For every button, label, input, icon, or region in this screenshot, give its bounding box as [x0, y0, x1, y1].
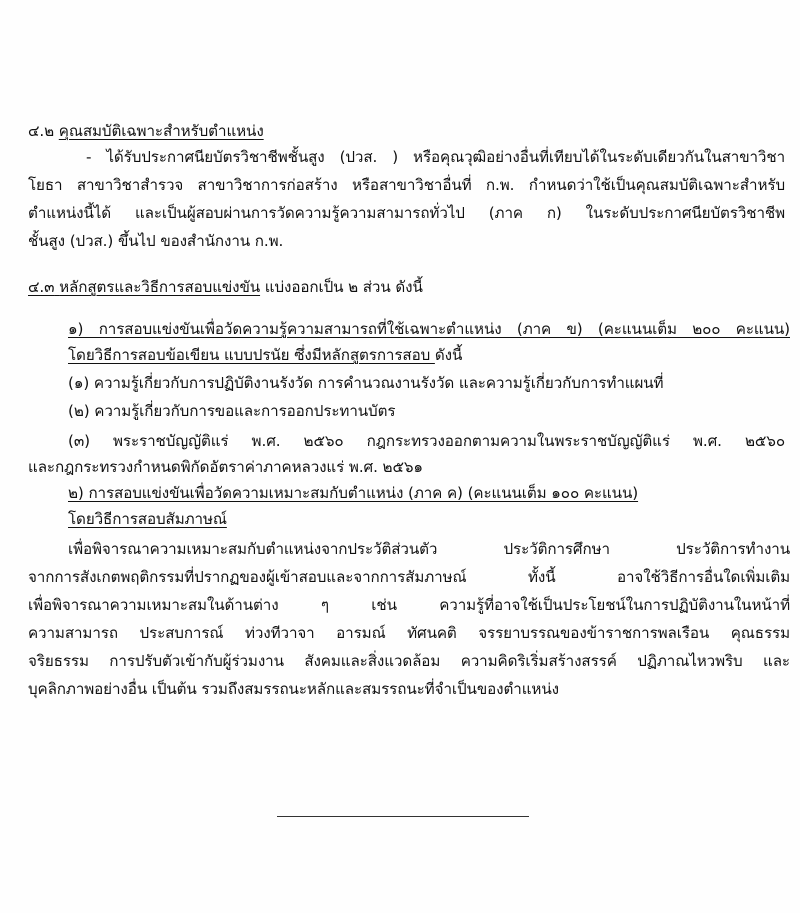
section-title: คุณสมบัติเฉพาะสำหรับตำแหน่ง: [59, 122, 264, 140]
exam-item-1: (๑) ความรู้เกี่ยวกับการปฏิบัติงานรังวัด …: [68, 370, 663, 396]
part-2-method: โดยวิธีการสอบสัมภาษณ์: [68, 506, 227, 532]
section-number: ๔.๓: [28, 278, 54, 296]
paragraph-line: ความสามารถ ประสบการณ์ ท่วงทีวาจา อารมณ์ …: [28, 620, 790, 646]
paragraph-line: เพื่อพิจารณาความเหมาะสมกับตำแหน่งจากประว…: [68, 536, 790, 562]
part-1-method-text: โดยวิธีการสอบข้อเขียน แบบปรนัย ซึ่งมีหลั…: [68, 346, 435, 364]
part-2-title: ๒) การสอบแข่งขันเพื่อวัดความเหมาะสมกับตำ…: [68, 480, 638, 506]
section-4-2-heading: ๔.๒ คุณสมบัติเฉพาะสำหรับตำแหน่ง: [28, 118, 264, 144]
paragraph-line: - ได้รับประกาศนียบัตรวิชาชีพชั้นสูง (ปวส…: [86, 144, 785, 170]
section-number: ๔.๒: [28, 122, 54, 140]
exam-item-3-continuation: และกฎกระทรวงกำหนดพิกัดอัตราค่าภาคหลวงแร่…: [28, 454, 423, 480]
section-title: หลักสูตรและวิธีการสอบแข่งขัน: [59, 278, 260, 296]
part-1-method: โดยวิธีการสอบข้อเขียน แบบปรนัย ซึ่งมีหลั…: [68, 342, 462, 368]
paragraph-line: จากการสังเกตพฤติกรรมที่ปรากฏของผู้เข้าสอ…: [28, 564, 790, 590]
paragraph-line: จริยธรรม การปรับตัวเข้ากับผู้ร่วมงาน สัง…: [28, 648, 790, 674]
part-1-method-suffix: ดังนี้: [435, 346, 462, 364]
paragraph-line: ชั้นสูง (ปวส.) ขึ้นไป ของสำนักงาน ก.พ.: [28, 228, 283, 254]
end-divider: [277, 816, 529, 817]
section-4-3-heading: ๔.๓ หลักสูตรและวิธีการสอบแข่งขัน แบ่งออก…: [28, 274, 423, 300]
paragraph-line: โยธา สาขาวิชาสำรวจ สาขาวิชาการก่อสร้าง ห…: [28, 172, 785, 198]
paragraph-line: ตำแหน่งนี้ได้ และเป็นผู้สอบผ่านการวัดควา…: [28, 200, 785, 226]
part-1-title: ๑) การสอบแข่งขันเพื่อวัดความรู้ความสามาร…: [68, 316, 790, 342]
section-title-suffix: แบ่งออกเป็น ๒ ส่วน ดังนี้: [260, 278, 423, 296]
paragraph-line: บุคลิกภาพอย่างอื่น เป็นต้น รวมถึงสมรรถนะ…: [28, 676, 559, 702]
document-page: ๔.๒ คุณสมบัติเฉพาะสำหรับตำแหน่ง - ได้รับ…: [0, 0, 800, 913]
exam-item-2: (๒) ความรู้เกี่ยวกับการขอและการออกประทาน…: [68, 398, 395, 424]
paragraph-line: เพื่อพิจารณาความเหมาะสมในด้านต่าง ๆ เช่น…: [28, 592, 790, 618]
exam-item-3: (๓) พระราชบัญญัติแร่ พ.ศ. ๒๕๖๐ กฎกระทรวง…: [68, 428, 785, 454]
